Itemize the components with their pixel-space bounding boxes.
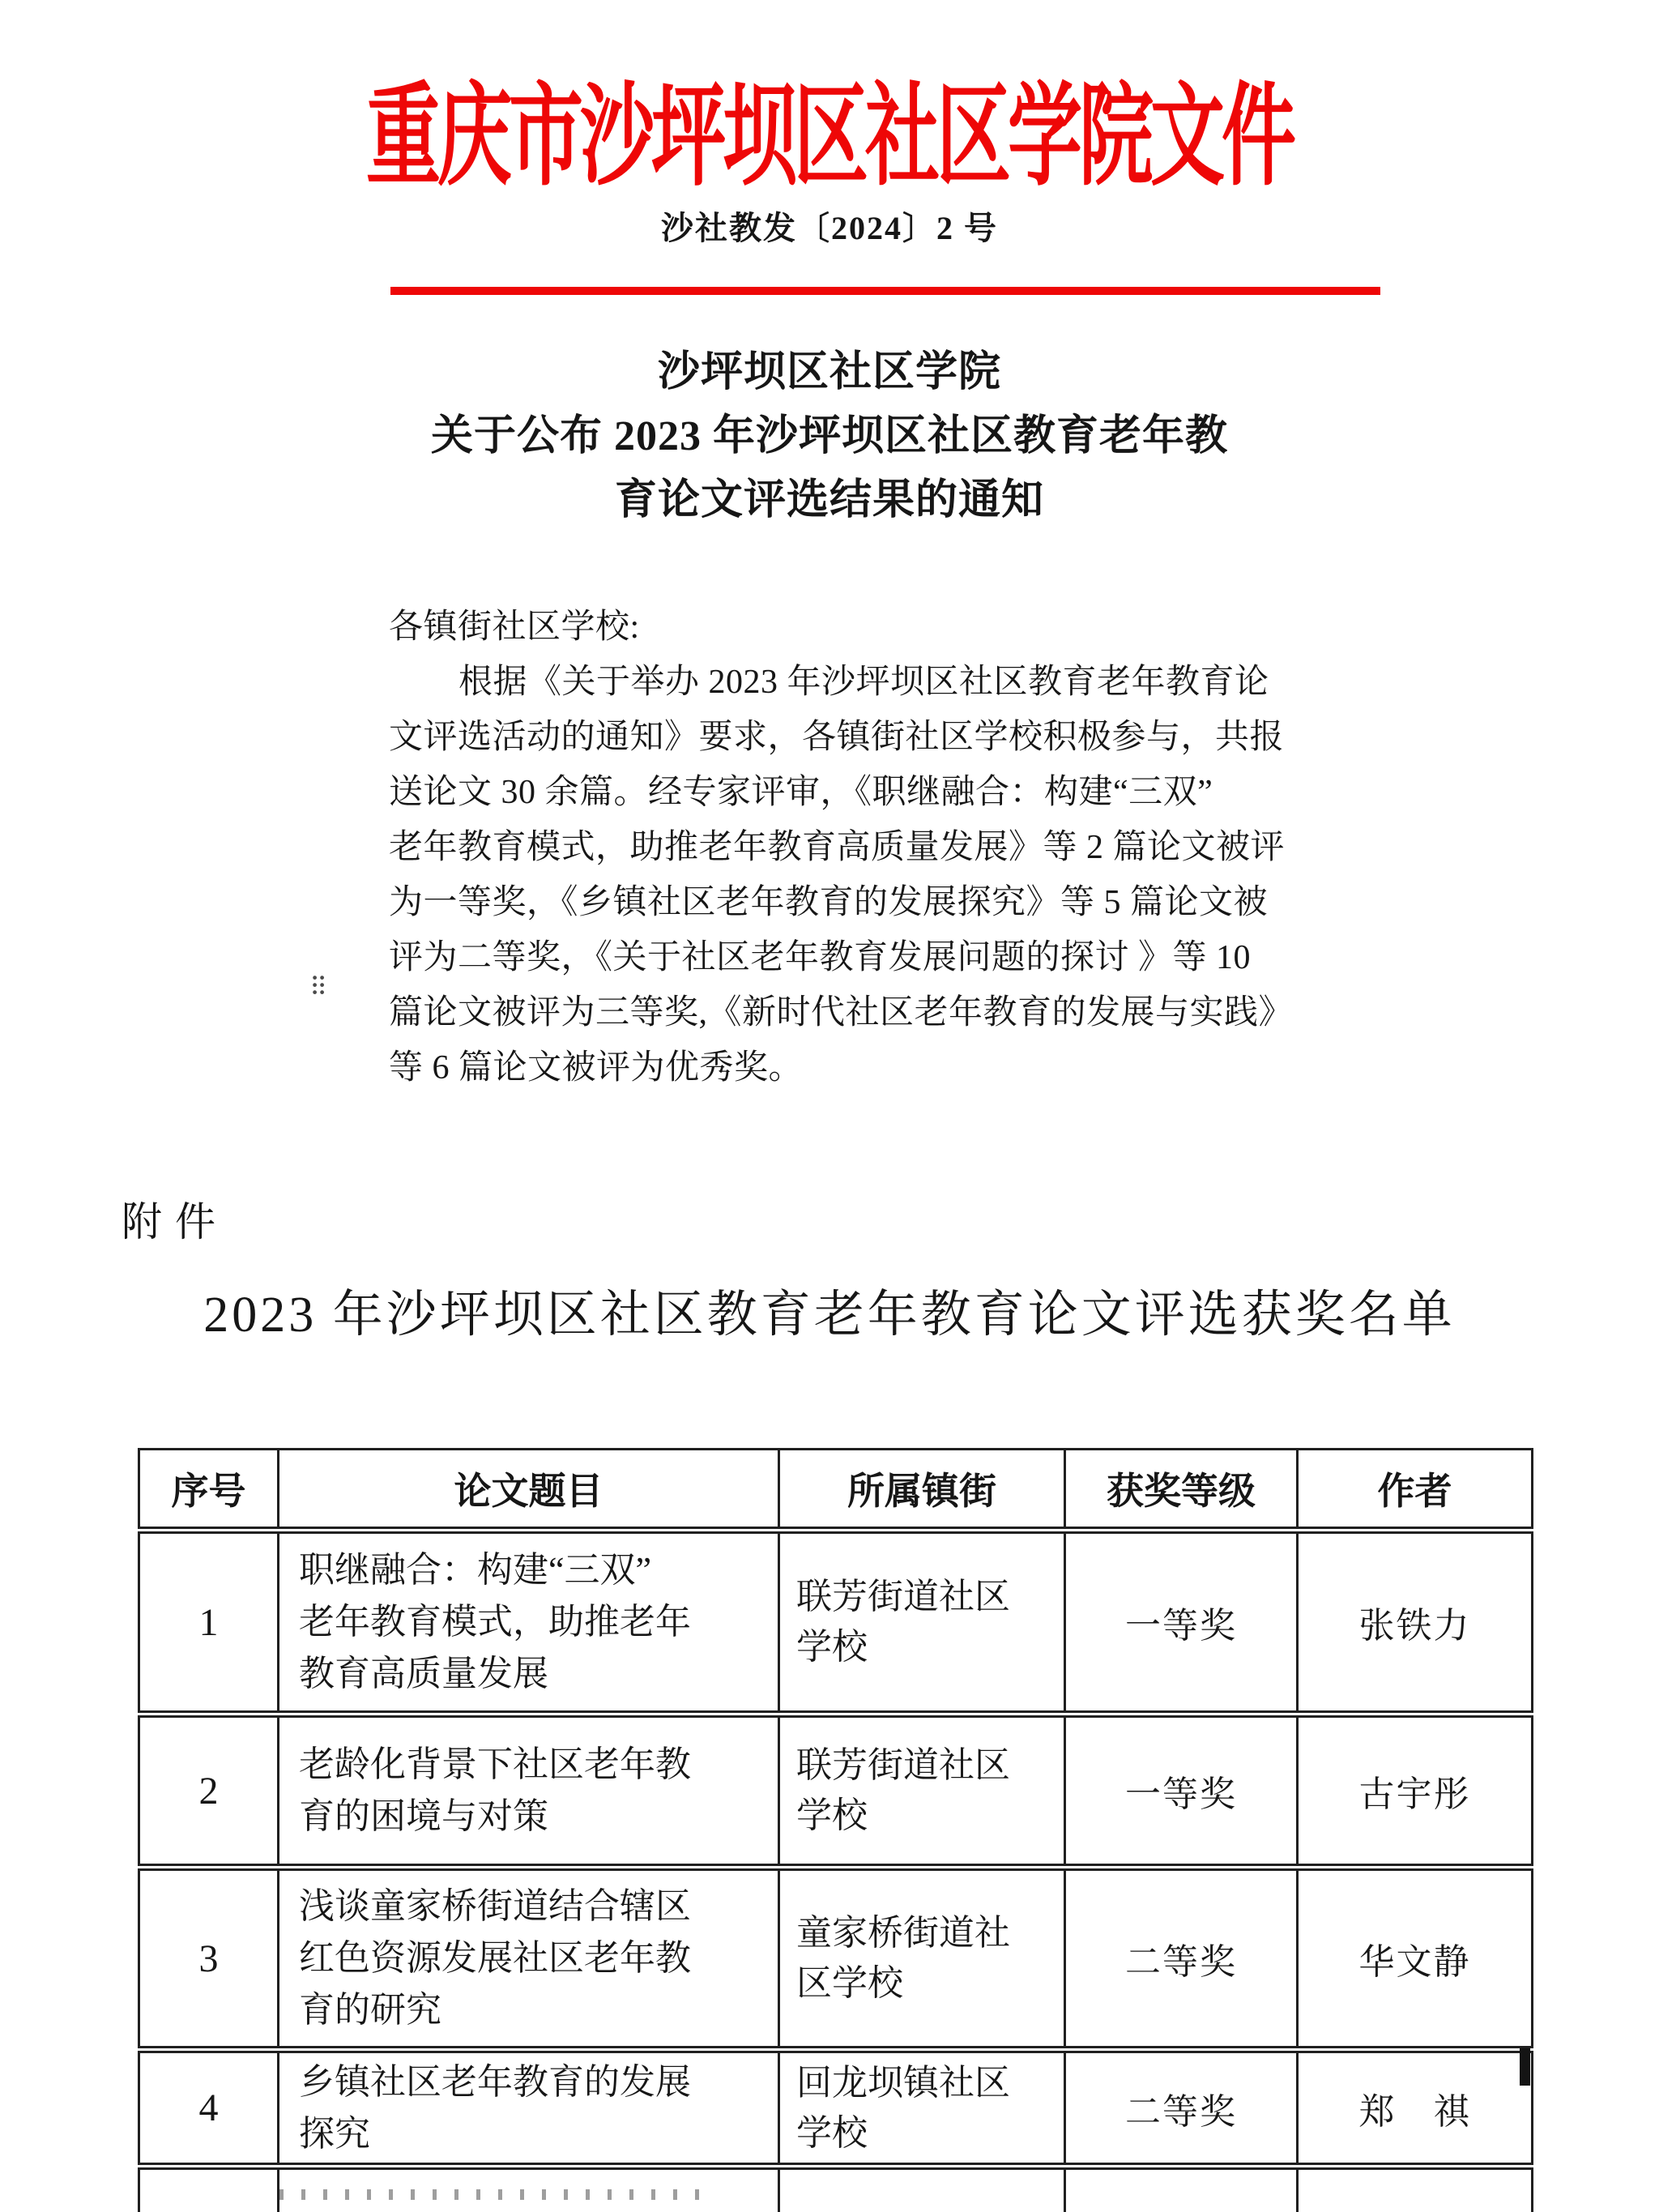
- body-line: 送论文 30 余篇。经专家评审，《职继融合：构建“三双”: [389, 765, 1304, 820]
- award-table: 序号 论文题目 所属镇街 获奖等级 作者 1 职继融合：构建“三双” 老年教育模…: [138, 1448, 1533, 2212]
- row-number: 1: [139, 1531, 279, 1715]
- notice-title-line-3: 育论文评选结果的通知: [0, 468, 1659, 532]
- notice-title-line-2: 关于公布 2023 年沙坪坝区社区教育老年教: [0, 404, 1659, 468]
- clipped-cell: [279, 2167, 779, 2212]
- row-number: 2: [139, 1715, 279, 1868]
- author: 郑 祺: [1298, 2050, 1533, 2167]
- body-line: 评为二等奖，《关于社区老年教育发展问题的探讨 》等 10: [389, 930, 1304, 985]
- attachment-label: 附件: [122, 1189, 228, 1248]
- header-grade: 获奖等级: [1065, 1450, 1298, 1531]
- clipped-text-remnant: [279, 2189, 717, 2200]
- town-school: 联芳街道社区 学校: [779, 1531, 1065, 1715]
- body-line: 根据《关于举办 2023 年沙坪坝区社区教育老年教育论: [389, 655, 1304, 710]
- notice-title: 沙坪坝区社区学院 关于公布 2023 年沙坪坝区社区教育老年教 育论文评选结果的…: [0, 340, 1659, 532]
- body-line: 为一等奖，《乡镇社区老年教育的发展探究》等 5 篇论文被: [389, 875, 1304, 930]
- row-number: 3: [139, 1868, 279, 2050]
- paper-title-line: 教育高质量发展: [299, 1648, 778, 1700]
- town-school-line: 联芳街道社区: [796, 1740, 1064, 1791]
- scan-dots-artifact: [313, 976, 326, 996]
- author: 张铁力: [1298, 1531, 1533, 1715]
- town-school: 童家桥街道社 区学校: [779, 1868, 1065, 2050]
- paper-title-line: 乡镇社区老年教育的发展: [299, 2056, 778, 2108]
- town-school-line: 学校: [796, 1622, 1064, 1672]
- scan-edge-mark: [1520, 2048, 1530, 2086]
- clipped-table-row: [139, 2167, 1533, 2212]
- row-number: 4: [139, 2050, 279, 2167]
- body-line: 篇论文被评为三等奖,《新时代社区老年教育的发展与实践》: [389, 985, 1304, 1040]
- clipped-cell: [779, 2167, 1065, 2212]
- table-row: 1 职继融合：构建“三双” 老年教育模式，助推老年 教育高质量发展 联芳街道社区…: [139, 1531, 1533, 1715]
- paper-title: 浅谈童家桥街道结合辖区 红色资源发展社区老年教 育的研究: [279, 1868, 779, 2050]
- body-line: 等 6 篇论文被评为优秀奖。: [389, 1040, 1304, 1095]
- paper-title-line: 探究: [299, 2108, 778, 2160]
- town-school-line: 学校: [796, 1791, 1064, 1841]
- paper-title: 职继融合：构建“三双” 老年教育模式，助推老年 教育高质量发展: [279, 1531, 779, 1715]
- paper-title: 老龄化背景下社区老年教 育的困境与对策: [279, 1715, 779, 1868]
- paper-title-line: 老龄化背景下社区老年教: [299, 1739, 778, 1791]
- award-grade: 一等奖: [1065, 1715, 1298, 1868]
- header-title: 论文题目: [279, 1450, 779, 1531]
- clipped-cell: [1065, 2167, 1298, 2212]
- notice-body: 各镇街社区学校: 根据《关于举办 2023 年沙坪坝区社区教育老年教育论 文评选…: [389, 600, 1304, 1095]
- clipped-cell: [139, 2167, 279, 2212]
- paper-title-line: 职继融合：构建“三双”: [299, 1544, 778, 1596]
- award-grade: 二等奖: [1065, 1868, 1298, 2050]
- paper-title-line: 红色资源发展社区老年教: [299, 1932, 778, 1984]
- paper-title-line: 育的困境与对策: [299, 1791, 778, 1843]
- town-school-line: 童家桥街道社: [796, 1908, 1064, 1958]
- table-row: 3 浅谈童家桥街道结合辖区 红色资源发展社区老年教 育的研究 童家桥街道社 区学…: [139, 1868, 1533, 2050]
- table-header-row: 序号 论文题目 所属镇街 获奖等级 作者: [139, 1450, 1533, 1531]
- award-grade: 二等奖: [1065, 2050, 1298, 2167]
- header-author: 作者: [1298, 1450, 1533, 1531]
- document-page: 重庆市沙坪坝区社区学院文件 沙社教发〔2024〕2 号 沙坪坝区社区学院 关于公…: [0, 0, 1659, 2212]
- town-school-line: 学校: [796, 2108, 1064, 2159]
- table-row: 2 老龄化背景下社区老年教 育的困境与对策 联芳街道社区 学校 一等奖 古宇彤: [139, 1715, 1533, 1868]
- author: 华文静: [1298, 1868, 1533, 2050]
- notice-title-line-1: 沙坪坝区社区学院: [0, 340, 1659, 404]
- award-grade: 一等奖: [1065, 1531, 1298, 1715]
- red-divider-line: [390, 287, 1380, 295]
- header-town: 所属镇街: [779, 1450, 1065, 1531]
- paper-title-line: 育的研究: [299, 1984, 778, 2036]
- salutation: 各镇街社区学校:: [389, 600, 1304, 655]
- paper-title-line: 浅谈童家桥街道结合辖区: [299, 1881, 778, 1932]
- header-no: 序号: [139, 1450, 279, 1531]
- document-number: 沙社教发〔2024〕2 号: [0, 203, 1659, 249]
- body-line: 老年教育模式，助推老年教育高质量发展》等 2 篇论文被评: [389, 820, 1304, 875]
- award-list-title: 2023 年沙坪坝区社区教育老年教育论文评选获奖名单: [0, 1274, 1659, 1346]
- paper-title-line: 老年教育模式，助推老年: [299, 1596, 778, 1648]
- table-row: 4 乡镇社区老年教育的发展 探究 回龙坝镇社区 学校 二等奖 郑 祺: [139, 2050, 1533, 2167]
- town-school-line: 回龙坝镇社区: [796, 2058, 1064, 2108]
- town-school-line: 联芳街道社区: [796, 1572, 1064, 1622]
- author: 古宇彤: [1298, 1715, 1533, 1868]
- town-school-line: 区学校: [796, 1958, 1064, 2009]
- paper-title: 乡镇社区老年教育的发展 探究: [279, 2050, 779, 2167]
- town-school: 联芳街道社区 学校: [779, 1715, 1065, 1868]
- body-line: 文评选活动的通知》要求，各镇街社区学校积极参与，共报: [389, 710, 1304, 765]
- clipped-cell: [1298, 2167, 1533, 2212]
- red-letterhead-title: 重庆市沙坪坝区社区学院文件: [0, 47, 1659, 207]
- town-school: 回龙坝镇社区 学校: [779, 2050, 1065, 2167]
